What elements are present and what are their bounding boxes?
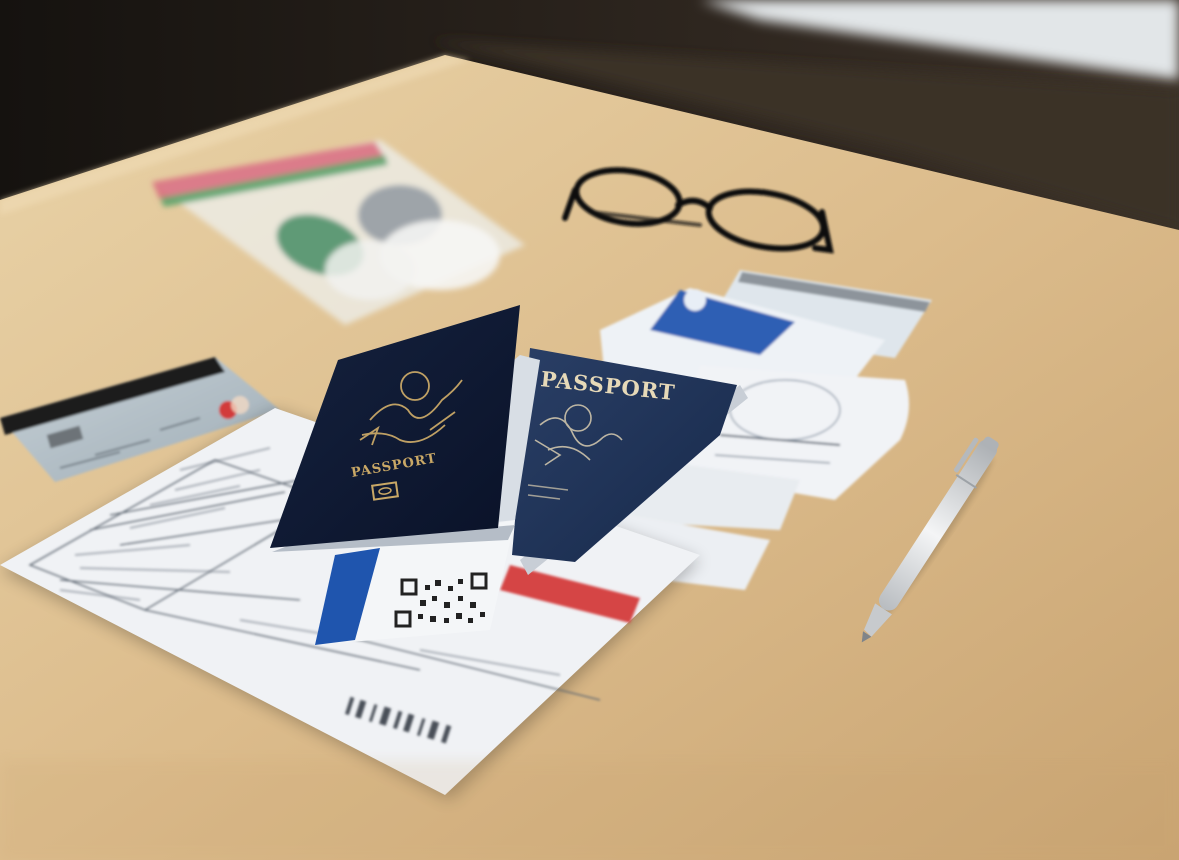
foreground-blur bbox=[0, 760, 1179, 860]
photo-scene: PASSPORT PASSPORT bbox=[0, 0, 1179, 860]
qr-code bbox=[396, 574, 488, 630]
